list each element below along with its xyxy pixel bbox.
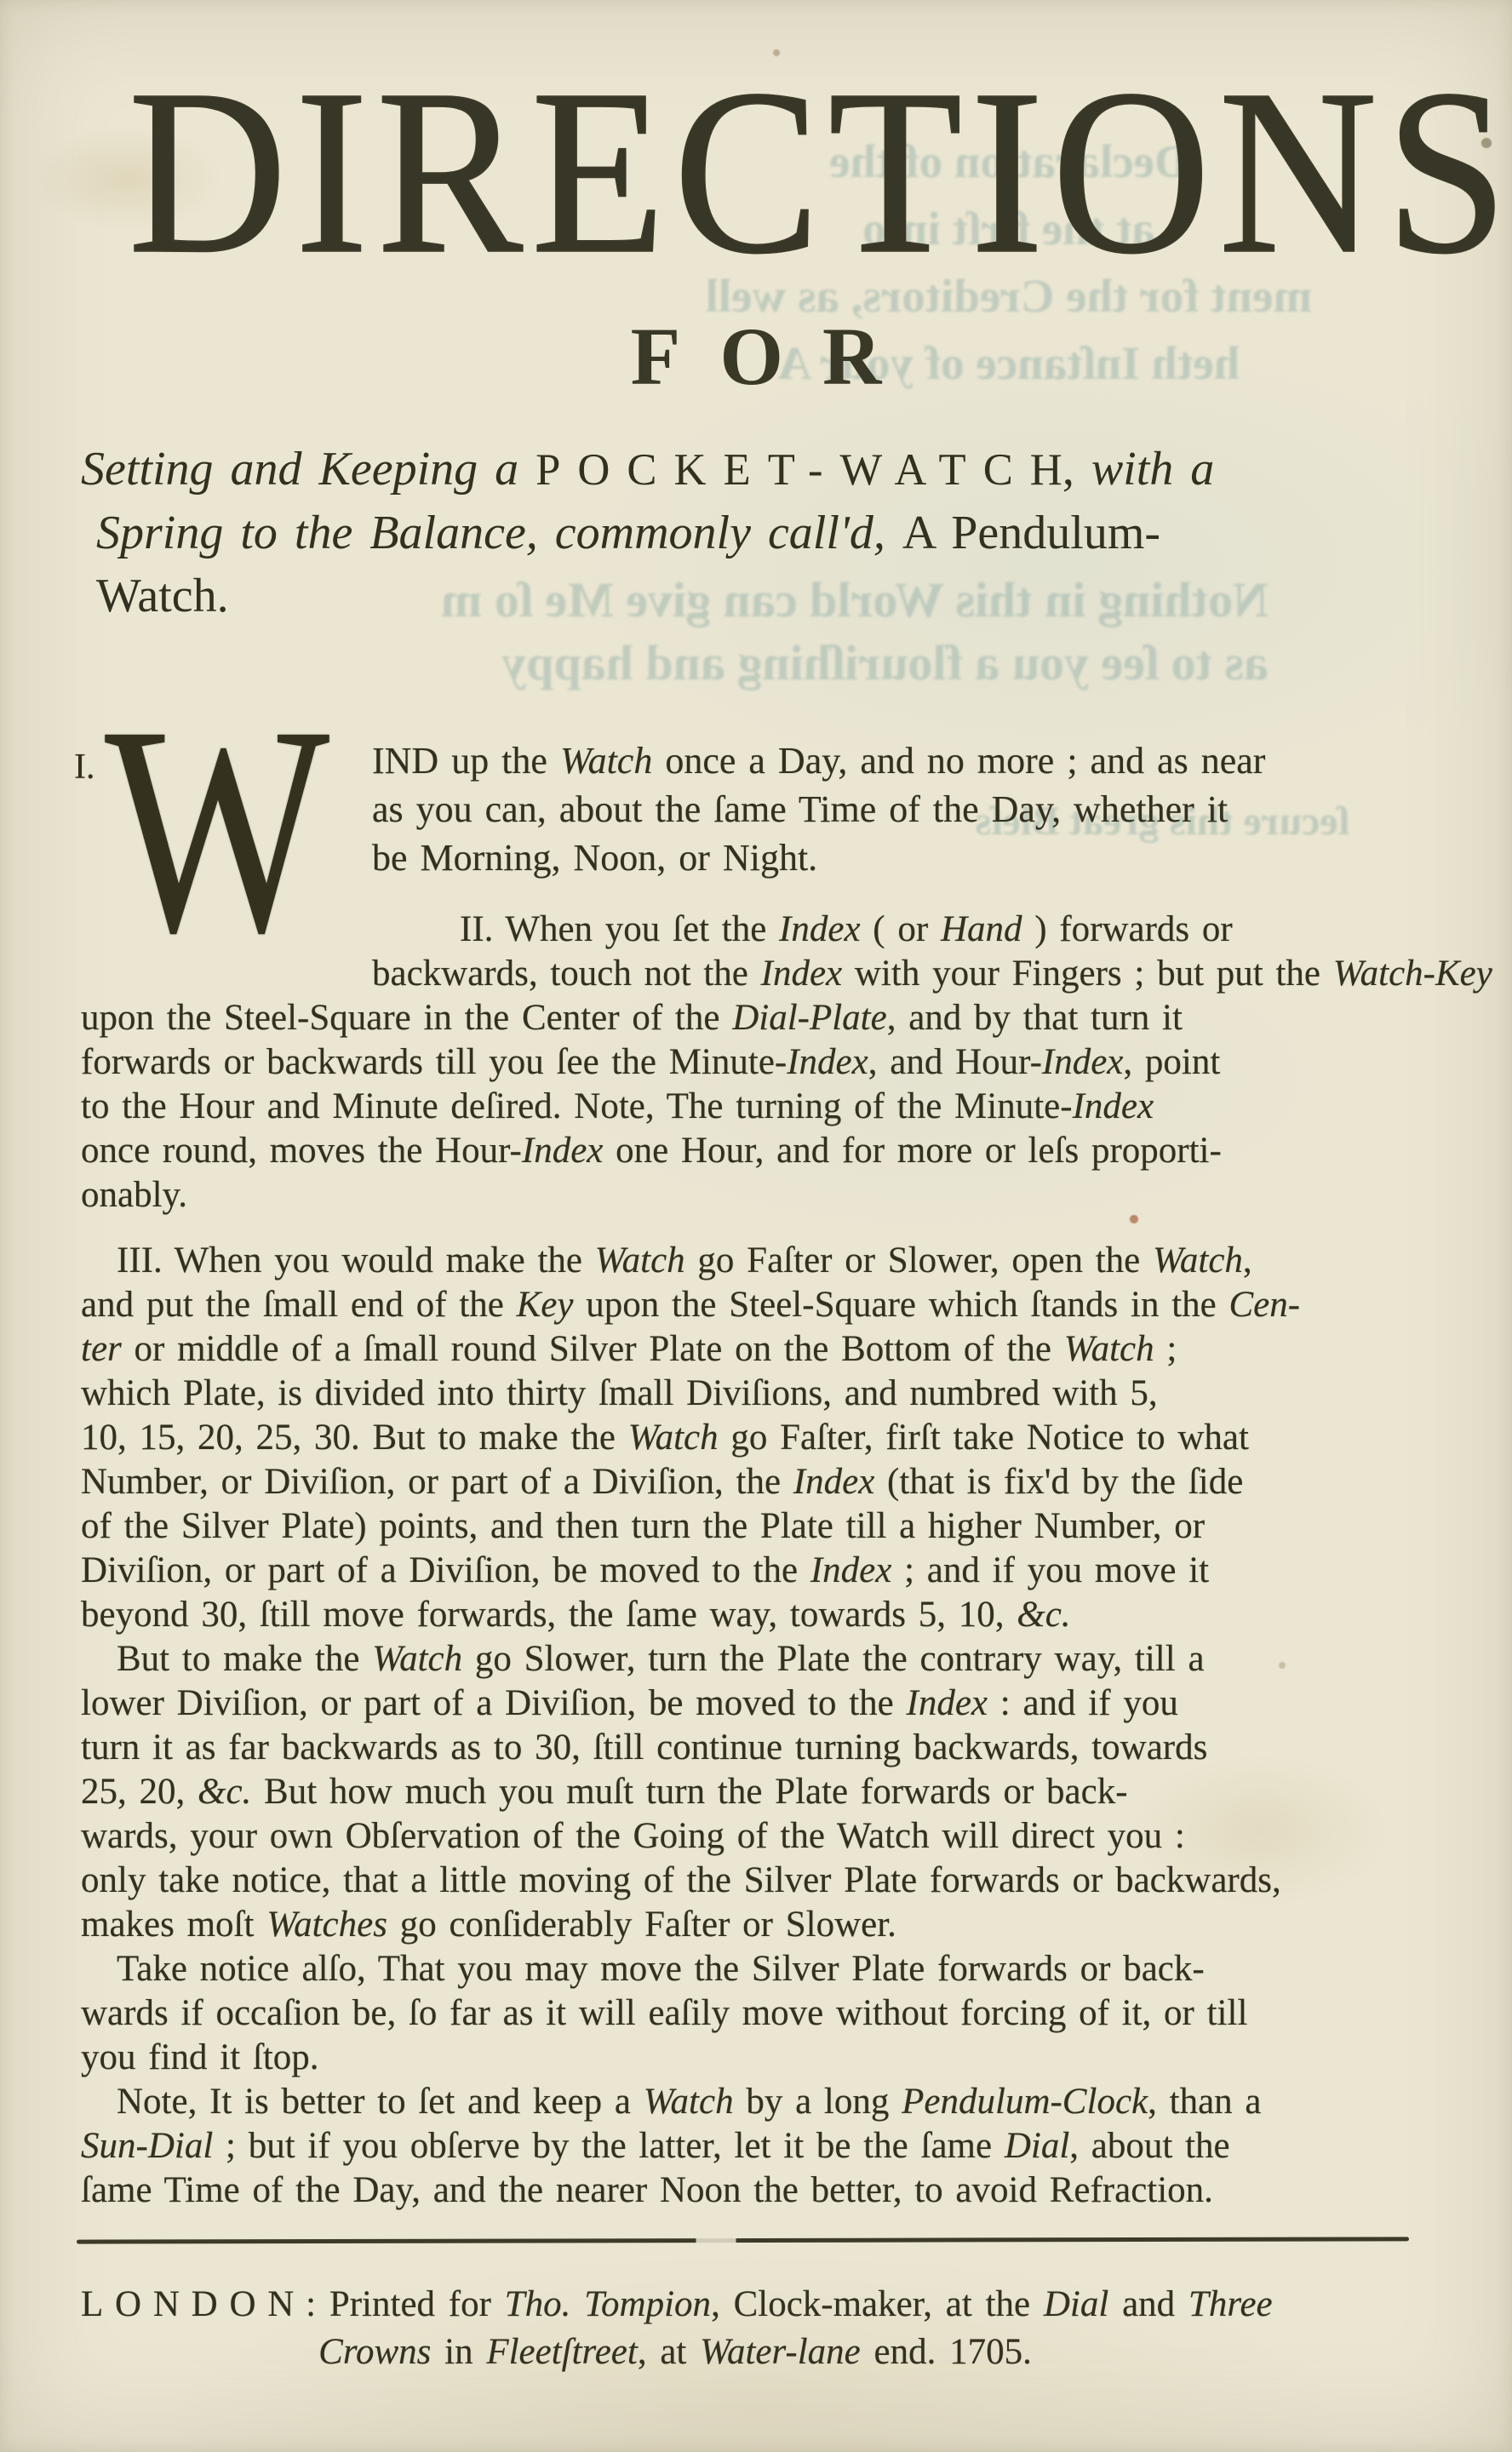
text-line: turn it as far backwards as to 30, ſtill…: [81, 1726, 1431, 1770]
text-segment: , at: [638, 2332, 700, 2372]
text-segment: wards if occaſion be, ſo far as it will …: [81, 1993, 1247, 2033]
text-segment: , and by that turn it: [887, 998, 1183, 1038]
text-segment: or middle of a ſmall round Silver Plate …: [122, 1329, 1064, 1369]
text-segment: 10, 15, 20, 25, 30. But to make the: [81, 1418, 628, 1458]
text-segment: Spring to the Balance, commonly call'd,: [96, 507, 902, 559]
text-segment: Index: [787, 1042, 868, 1082]
page-title: DIRECTIONS: [81, 0, 1431, 295]
text-segment: which Plate, is divided into thirty ſmal…: [81, 1373, 1158, 1413]
text-segment: upon the Steel-Square in the Center of t…: [81, 998, 732, 1038]
text-segment: onably.: [81, 1175, 187, 1215]
text-segment: makes moſt: [81, 1905, 266, 1945]
text-segment: Diviſion, or part of a Diviſion, be move…: [81, 1550, 810, 1590]
text-line: you find it ſtop.: [81, 2036, 1431, 2080]
text-line: makes moſt Watches go conſiderably Faſte…: [81, 1903, 1431, 1947]
text-segment: Index: [1073, 1086, 1154, 1126]
text-line: Sun-Dial ; but if you obſerve by the lat…: [81, 2124, 1431, 2168]
text-segment: (that is fix'd by the ſide: [874, 1462, 1243, 1502]
text-segment: Watch-Key: [1333, 954, 1492, 994]
text-segment: Index: [522, 1131, 604, 1171]
text-segment: Three: [1188, 2284, 1273, 2324]
text-segment: Note, It is better to ſet and keep a: [117, 2082, 644, 2122]
text-segment: ; but if you obſerve by the latter, let …: [213, 2126, 1005, 2166]
text-line: 10, 15, 20, 25, 30. But to make the Watc…: [81, 1416, 1431, 1460]
text-line: 25, 20, &c. But how much you muſt turn t…: [81, 1770, 1431, 1814]
text-segment: once a Day, and no more ; and as near: [652, 740, 1265, 782]
text-segment: Crowns: [318, 2332, 431, 2372]
dropcap-glyph: W: [105, 680, 301, 978]
text-segment: once round, moves the Hour-: [81, 1131, 522, 1171]
text-segment: ter: [81, 1329, 122, 1369]
text-line: wards if occaſion be, ſo far as it will …: [81, 1991, 1431, 2036]
text-segment: Pendulum-Clock: [902, 2082, 1148, 2122]
text-segment: forwards or backwards till you ſee the M…: [81, 1042, 787, 1082]
text-segment: Note,: [574, 1086, 654, 1126]
text-segment: But to make the: [117, 1639, 372, 1679]
text-line: Take notice alſo, That you may move the …: [81, 1947, 1431, 1991]
text-line: ſame Time of the Day, and the nearer Noo…: [81, 2168, 1431, 2213]
text-segment: Watch: [560, 740, 652, 782]
text-segment: ,: [1243, 1240, 1252, 1280]
text-line: beyond 30, ſtill move forwards, the ſame…: [81, 1593, 1431, 1637]
text-line: of the Silver Plate) points, and then tu…: [81, 1504, 1431, 1549]
text-segment: Take notice alſo, That you may move the …: [117, 1949, 1205, 1989]
text-segment: go Slower, turn the Plate the contrary w…: [462, 1639, 1204, 1679]
text-line: lower Diviſion, or part of a Diviſion, b…: [81, 1681, 1431, 1726]
text-segment: beyond 30, ſtill move forwards, the ſame…: [81, 1595, 1017, 1635]
text-segment: Water-lane: [700, 2332, 861, 2372]
section-3: III. When you would make the Watch go Fa…: [81, 1239, 1431, 2213]
text-segment: go conſiderably Faſter or Slower.: [387, 1905, 896, 1945]
text-line: Note, It is better to ſet and keep a Wat…: [81, 2080, 1431, 2124]
text-segment: Watch: [644, 2082, 734, 2122]
text-segment: 25, 20,: [81, 1772, 198, 1812]
text-segment: lower Diviſion, or part of a Diviſion, b…: [81, 1683, 907, 1723]
text-segment: Printed for: [316, 2284, 505, 2324]
text-segment: Watch: [372, 1639, 462, 1679]
text-segment: to the Hour and Minute deſired.: [81, 1086, 574, 1126]
text-segment: Dial: [1044, 2284, 1108, 2324]
text-segment: end. 1705.: [861, 2332, 1032, 2372]
text-line: to the Hour and Minute deſired. Note, Th…: [81, 1085, 1431, 1129]
text-segment: Index: [810, 1550, 892, 1590]
text-segment: of the Silver Plate) points, and then tu…: [81, 1506, 1205, 1546]
text-segment: ; and if you move it: [891, 1550, 1209, 1590]
text-line: Watch.: [81, 564, 1431, 627]
text-segment: with a: [1091, 443, 1214, 496]
section-1: I. W IND up the Watch once a Day, and no…: [81, 736, 1431, 882]
text-segment: ;: [1154, 1329, 1177, 1369]
text-segment: and put the ſmall end of the: [81, 1285, 517, 1325]
text-segment: Watch: [628, 1418, 719, 1458]
text-line: upon the Steel-Square in the Center of t…: [81, 996, 1431, 1040]
text-segment: A Pendulum-: [902, 507, 1160, 559]
text-segment: &c.: [198, 1772, 251, 1812]
text-line: Setting and Keeping a POCKET-WATCH, with…: [81, 438, 1431, 501]
text-segment: Key: [517, 1285, 574, 1325]
text-line: Spring to the Balance, commonly call'd, …: [81, 501, 1431, 564]
text-segment: , about the: [1069, 2126, 1229, 2166]
horizontal-rule: [77, 2237, 1409, 2243]
text-line: once round, moves the Hour-Index one Hou…: [81, 1129, 1431, 1173]
text-line: LONDON: Printed for Tho. Tompion, Clock-…: [81, 2281, 1431, 2329]
text-segment: &c.: [1017, 1595, 1070, 1635]
section-3-paragraph-1: III. When you would make the Watch go Fa…: [81, 1239, 1431, 1637]
text-segment: one Hour, and for more or leſs proporti-: [603, 1131, 1221, 1171]
document-page: Declaration of theat the firſt intoment …: [0, 0, 1512, 2452]
text-segment: Index: [779, 909, 861, 949]
text-segment: Watch.: [96, 570, 229, 622]
text-segment: IND up the: [372, 740, 560, 782]
text-segment: and: [1108, 2284, 1188, 2324]
text-segment: ( or: [861, 909, 941, 949]
text-segment: But how much you muſt turn the Plate for…: [251, 1772, 1127, 1812]
text-segment: with your Fingers ; but put the: [842, 954, 1333, 994]
text-segment: Index: [793, 1462, 875, 1502]
text-segment: turn it as far backwards as to 30, ſtill…: [81, 1727, 1207, 1767]
text-segment: by a long: [734, 2082, 902, 2122]
text-line: forwards or backwards till you ſee the M…: [81, 1040, 1431, 1085]
text-line: and put the ſmall end of the Key upon th…: [81, 1283, 1431, 1327]
text-segment: Cen-: [1229, 1285, 1301, 1325]
text-segment: you find it ſtop.: [81, 2037, 319, 2077]
text-column: DIRECTIONS FOR Setting and Keeping a POC…: [81, 0, 1431, 2376]
text-line: But to make the Watch go Slower, turn th…: [81, 1637, 1431, 1681]
text-segment: go Faſter or Slower, open the: [685, 1240, 1153, 1280]
text-segment: wards, your own Obſervation of the Going…: [81, 1816, 1185, 1856]
text-segment: , point: [1123, 1042, 1220, 1082]
text-line: wards, your own Obſervation of the Going…: [81, 1814, 1431, 1859]
text-segment: only take notice, that a little moving o…: [81, 1860, 1281, 1900]
text-line: Diviſion, or part of a Diviſion, be move…: [81, 1549, 1431, 1593]
text-segment: III. When you would make the: [117, 1240, 595, 1280]
text-segment: go Faſter, firſt take Notice to what: [719, 1418, 1249, 1458]
text-segment: Dial: [1005, 2126, 1069, 2166]
text-segment: Sun-Dial: [81, 2126, 213, 2166]
text-segment: Index: [907, 1683, 988, 1723]
text-segment: Number, or Diviſion, or part of a Diviſi…: [81, 1462, 793, 1502]
text-segment: II. When you ſet the: [460, 909, 779, 949]
text-line: which Plate, is divided into thirty ſmal…: [81, 1372, 1431, 1416]
text-segment: , and Hour-: [868, 1042, 1042, 1082]
section-1-numeral: I.: [74, 743, 95, 792]
section-3-paragraph-2: But to make the Watch go Slower, turn th…: [81, 1637, 1431, 1947]
text-segment: Dial-Plate: [732, 998, 887, 1038]
text-segment: ) forwards or: [1022, 909, 1233, 949]
text-segment: ,: [1062, 443, 1091, 496]
text-line: III. When you would make the Watch go Fa…: [81, 1239, 1431, 1283]
title-for-word: FOR: [81, 310, 1431, 404]
text-segment: Index: [761, 954, 843, 994]
dropcap-letter-w: W: [105, 740, 350, 954]
section-3-paragraph-4: Note, It is better to ſet and keep a Wat…: [81, 2080, 1431, 2213]
text-segment: as you can, about the ſame Time of the D…: [372, 788, 1228, 830]
text-line: Crowns in Fleetſtreet, at Water-lane end…: [81, 2329, 1431, 2376]
text-line: onably.: [81, 1173, 1431, 1217]
subtitle: Setting and Keeping a POCKET-WATCH, with…: [81, 438, 1431, 627]
text-segment: Setting and Keeping a: [81, 443, 535, 496]
section-3-paragraph-3: Take notice alſo, That you may move the …: [81, 1947, 1431, 2080]
text-segment: Watch: [1153, 1240, 1243, 1280]
text-segment: POCKET-WATCH: [535, 445, 1080, 495]
text-segment: be Morning, Noon, or Night.: [372, 837, 817, 879]
text-segment: ſame Time of the Day, and the nearer Noo…: [81, 2170, 1213, 2210]
text-segment: Hand: [941, 909, 1022, 949]
text-segment: in: [431, 2332, 486, 2372]
text-segment: Watch: [595, 1240, 685, 1280]
text-segment: : and if you: [988, 1683, 1178, 1723]
imprint: LONDON: Printed for Tho. Tompion, Clock-…: [81, 2281, 1431, 2376]
text-segment: Index: [1042, 1042, 1124, 1082]
text-segment: backwards, touch not the: [372, 954, 761, 994]
text-segment: LONDON:: [81, 2284, 328, 2324]
text-line: ter or middle of a ſmall round Silver Pl…: [81, 1327, 1431, 1372]
text-segment: The turning of the Minute-: [655, 1086, 1073, 1126]
text-segment: , than a: [1148, 2082, 1261, 2122]
text-segment: , Clock-maker, at the: [711, 2284, 1044, 2324]
text-segment: Watch: [1064, 1329, 1154, 1369]
page-title-text: DIRECTIONS: [129, 49, 1384, 295]
text-line: only take notice, that a little moving o…: [81, 1859, 1431, 1903]
text-segment: Watches: [266, 1905, 387, 1945]
text-segment: upon the Steel-Square which ſtands in th…: [573, 1285, 1228, 1325]
text-segment: Tho. Tompion: [505, 2284, 711, 2324]
text-segment: Fleetſtreet: [486, 2332, 637, 2372]
text-line: Number, or Diviſion, or part of a Diviſi…: [81, 1460, 1431, 1504]
